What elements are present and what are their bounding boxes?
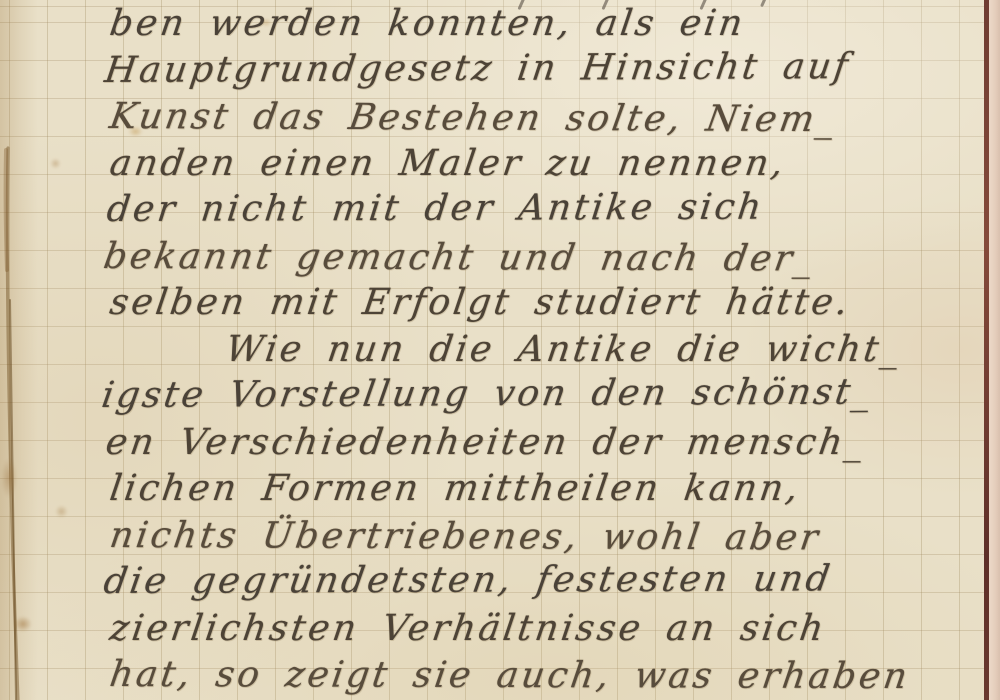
manuscript-line: hat, so zeigt sie auch, was erhaben: [107, 652, 983, 700]
age-stain: [50, 158, 61, 169]
notebook-page: ben werden konnten, als ein Hauptgrundge…: [0, 0, 1000, 700]
manuscript-line: die gegründetsten, festesten und: [100, 556, 984, 606]
manuscript-line: selben mit Erfolgt studiert hätte.: [107, 280, 984, 327]
manuscript-line-paragraph-start: Wie nun die Antike die wicht_: [107, 327, 984, 374]
manuscript-line: Hauptgrundgesetz in Hinsicht auf: [102, 43, 984, 94]
manuscript-line: nichts Übertriebenes, wohl aber: [107, 513, 983, 563]
manuscript-line: zierlichsten Verhältnisse an sich: [107, 606, 984, 653]
adjacent-page-edge: [989, 0, 1000, 700]
age-stain: [55, 505, 68, 518]
manuscript-line: ben werden konnten, als ein: [107, 1, 984, 48]
manuscript-line: Kunst das Bestehen solte, Niem_: [106, 94, 983, 144]
handwritten-text-block: ben werden konnten, als ein Hauptgrundge…: [110, 1, 980, 699]
binding-crease-mark: [0, 0, 40, 700]
manuscript-line: lichen Formen mittheilen kann,: [107, 466, 984, 513]
manuscript-line: bekannt gemacht und nach der_: [100, 234, 983, 284]
manuscript-line: anden einen Maler zu nennen,: [107, 141, 984, 188]
manuscript-line: der nicht mit der Antike sich: [104, 184, 983, 234]
manuscript-line: igste Vorstellung von den schönst_: [98, 369, 984, 419]
age-stain: [1, 458, 17, 498]
age-stain: [14, 616, 32, 632]
manuscript-line: en Verschiedenheiten der mensch_: [103, 420, 984, 467]
